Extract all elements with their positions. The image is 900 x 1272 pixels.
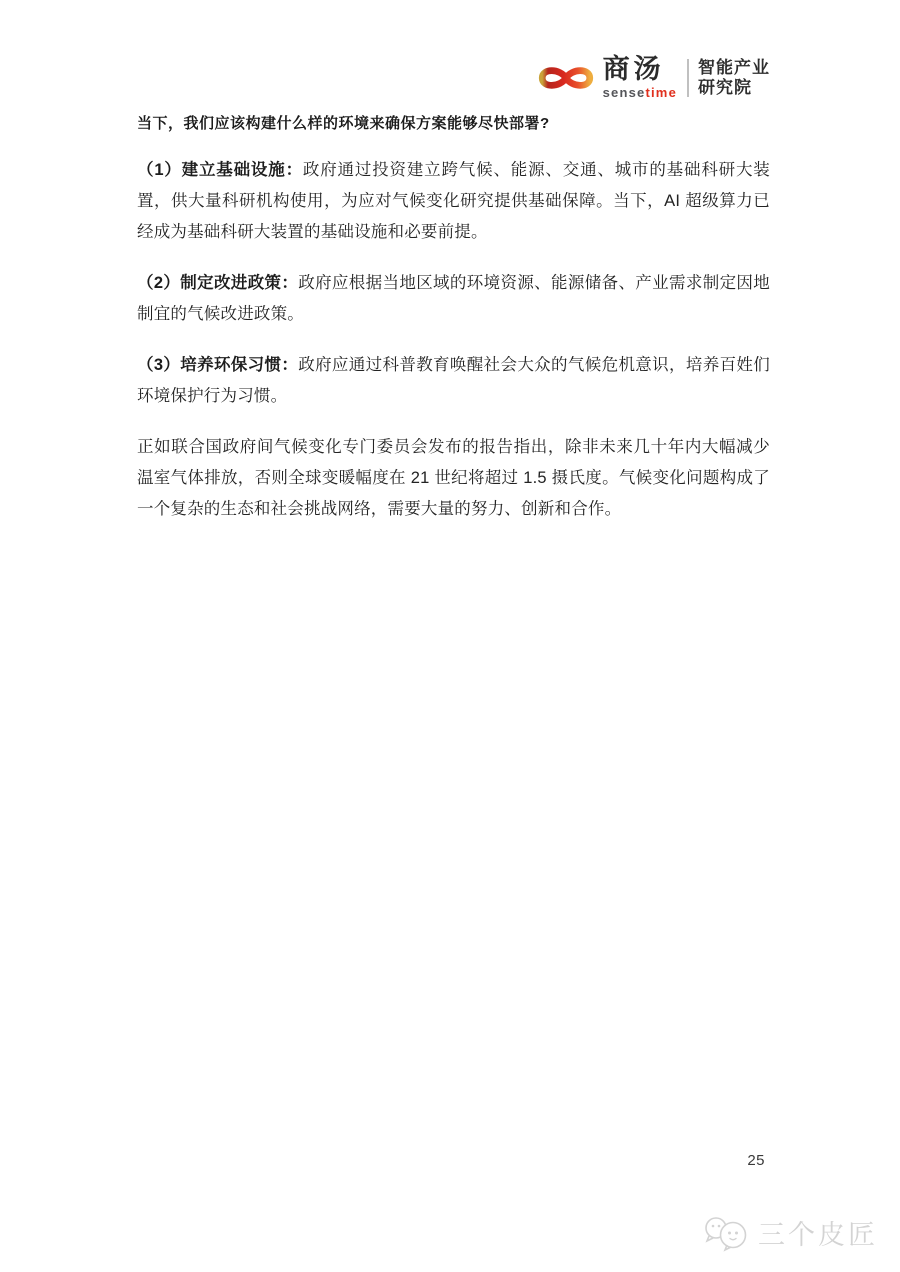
sensetime-infinity-icon [535,59,597,97]
logo-brand-en-time: time [645,85,677,100]
page-heading: 当下，我们应该构建什么样的环境来确保方案能够尽快部署? [137,114,770,134]
paragraph-2-lead: （2）制定改进政策： [137,274,298,292]
chat-bubbles-icon [703,1214,749,1252]
paragraph-1: （1）建立基础设施：政府通过投资建立跨气候、能源、交通、城市的基础科研大装置，供… [137,155,770,248]
logo-subtitle-line2: 研究院 [698,78,770,98]
document-page: 商汤 sensetime 智能产业 研究院 当下，我们应该构建什么样的环境来确保… [0,0,900,1272]
paragraph-1-lead: （1）建立基础设施： [137,161,303,179]
logo-brand-block: 商汤 sensetime [603,56,677,99]
logo-brand-cn: 商汤 [603,56,665,83]
document-content: 当下，我们应该构建什么样的环境来确保方案能够尽快部署? （1）建立基础设施：政府… [137,114,770,545]
logo-brand-en-sense: sense [603,85,646,100]
paragraph-3-lead: （3）培养环保习惯： [137,356,298,374]
paragraph-2: （2）制定改进政策：政府应根据当地区域的环境资源、能源储备、产业需求制定因地制宜… [137,268,770,330]
paragraph-4-body: 正如联合国政府间气候变化专门委员会发布的报告指出，除非未来几十年内大幅减少温室气… [137,438,770,518]
sensetime-logo: 商汤 sensetime 智能产业 研究院 [535,56,770,99]
logo-subtitle-line1: 智能产业 [698,58,770,78]
logo-brand-en: sensetime [603,86,677,99]
watermark-text: 三个皮匠 [758,1213,878,1252]
page-number: 25 [747,1152,765,1169]
logo-divider [687,59,689,97]
paragraph-4: 正如联合国政府间气候变化专门委员会发布的报告指出，除非未来几十年内大幅减少温室气… [137,432,770,525]
watermark: 三个皮匠 [703,1213,878,1252]
paragraph-3: （3）培养环保习惯：政府应通过科普教育唤醒社会大众的气候危机意识，培养百姓们环境… [137,350,770,412]
logo-subtitle: 智能产业 研究院 [698,58,770,98]
